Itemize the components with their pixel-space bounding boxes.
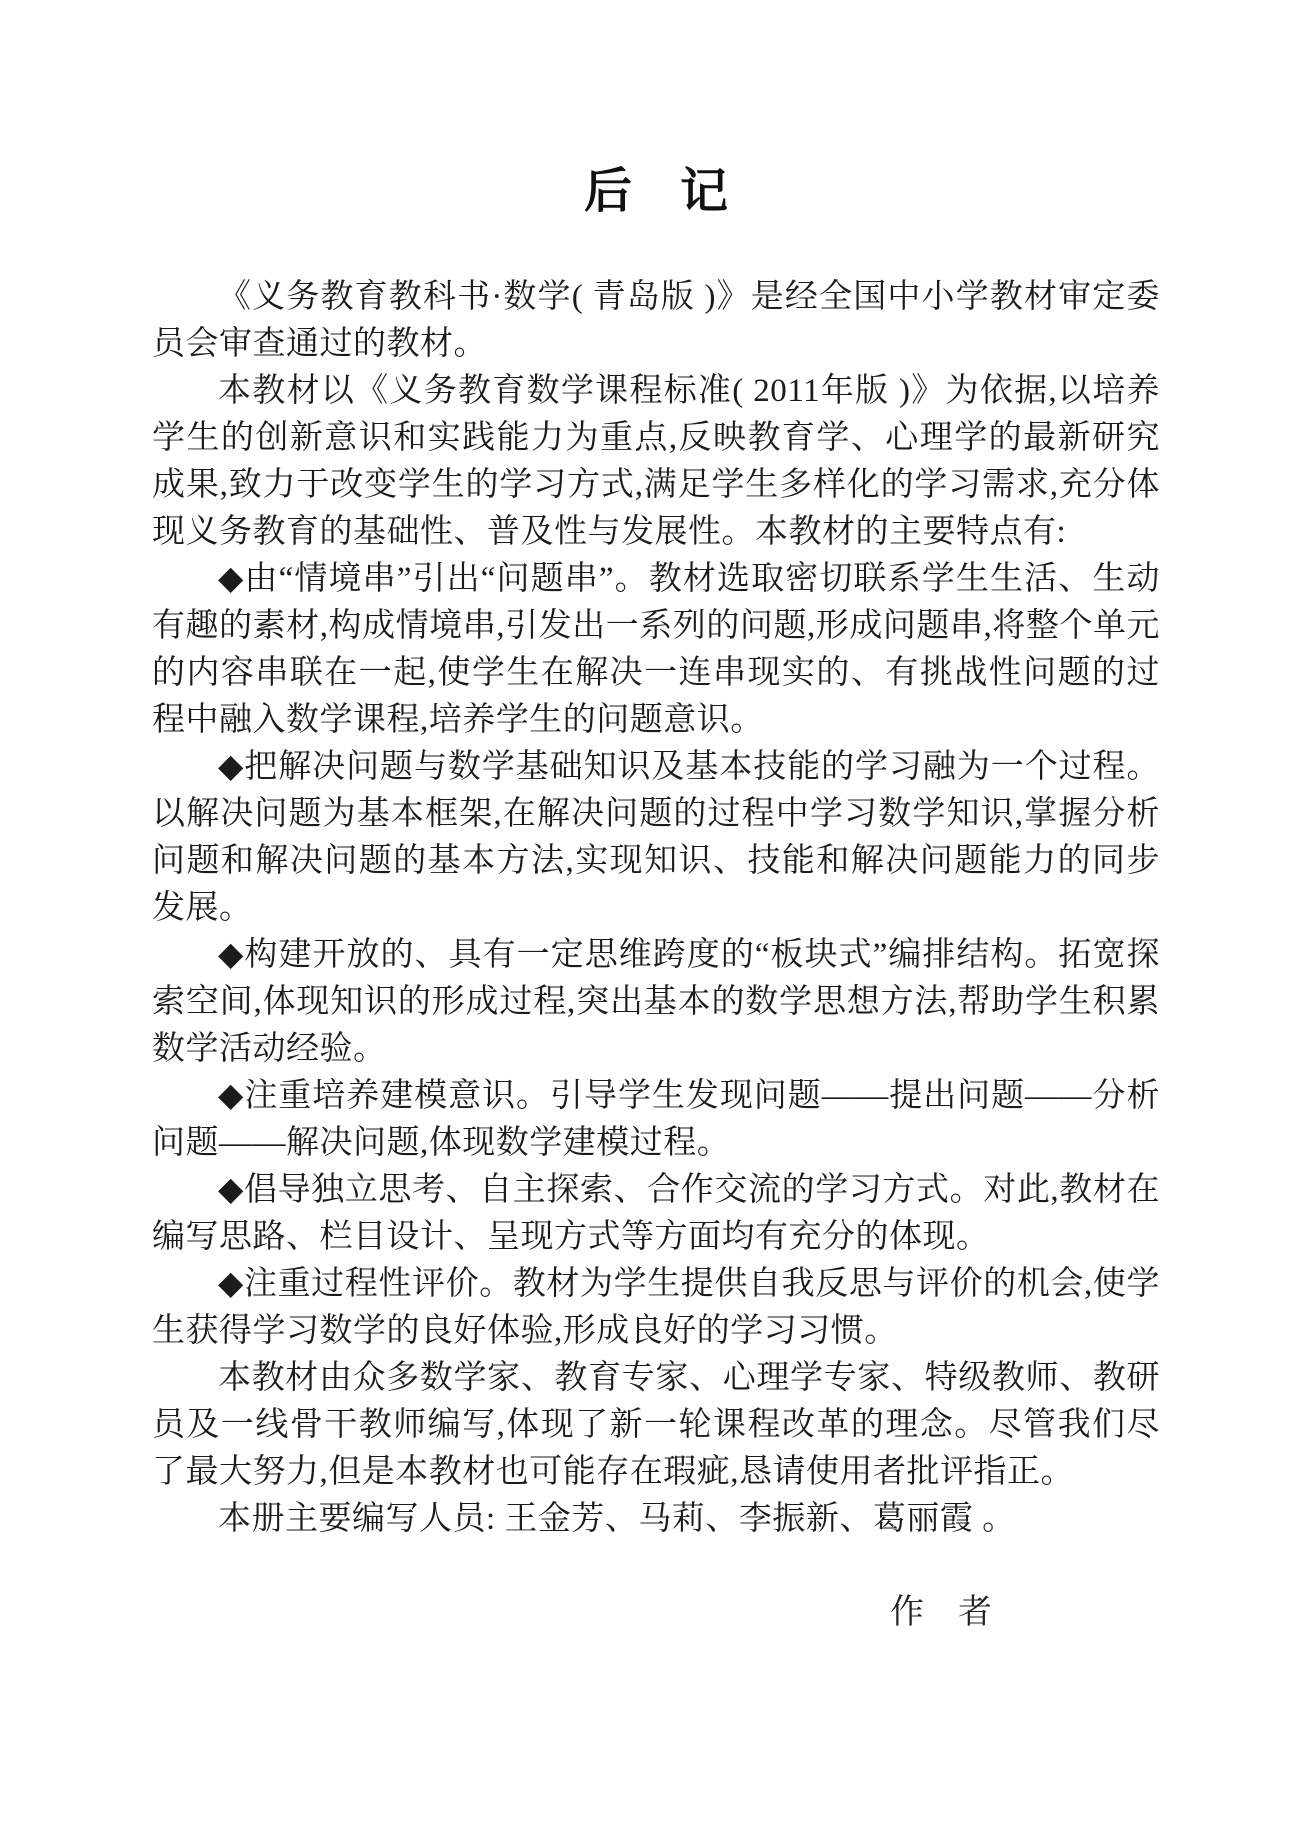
bullet-paragraph-open-structure: ◆构建开放的、具有一定思维跨度的“板块式”编排结构。拓宽探索空间,体现知识的形成… xyxy=(152,932,1160,1073)
page-title: 后 记 xyxy=(152,162,1160,222)
author-signature: 作 者 xyxy=(152,1589,1160,1636)
paragraph-intro-1: 《义务教育教科书·数学( 青岛版 )》是经全国中小学教材审定委员会审查通过的教材… xyxy=(152,274,1160,368)
book-page: 后 记 《义务教育教科书·数学( 青岛版 )》是经全国中小学教材审定委员会审查通… xyxy=(0,0,1311,1842)
bullet-paragraph-problem-solving: ◆把解决问题与数学基础知识及基本技能的学习融为一个过程。以解决问题为基本框架,在… xyxy=(152,744,1160,932)
bullet-paragraph-process-evaluation: ◆注重过程性评价。教材为学生提供自我反思与评价的机会,使学生获得学习数学的良好体… xyxy=(152,1261,1160,1355)
bullet-paragraph-learning-styles: ◆倡导独立思考、自主探索、合作交流的学习方式。对此,教材在编写思路、栏目设计、呈… xyxy=(152,1167,1160,1261)
bullet-paragraph-situation-strings: ◆由“情境串”引出“问题串”。教材选取密切联系学生生活、生动有趣的素材,构成情境… xyxy=(152,556,1160,744)
paragraph-authors-note: 本教材由众多数学家、教育专家、心理学专家、特级教师、教研员及一线骨干教师编写,体… xyxy=(152,1355,1160,1496)
paragraph-editors-list: 本册主要编写人员: 王金芳、马莉、李振新、葛丽霞 。 xyxy=(152,1496,1160,1543)
body-text: 《义务教育教科书·数学( 青岛版 )》是经全国中小学教材审定委员会审查通过的教材… xyxy=(152,274,1160,1543)
bullet-paragraph-modeling: ◆注重培养建模意识。引导学生发现问题——提出问题——分析问题——解决问题,体现数… xyxy=(152,1073,1160,1167)
paragraph-intro-2: 本教材以《义务教育数学课程标准( 2011年版 )》为依据,以培养学生的创新意识… xyxy=(152,368,1160,556)
